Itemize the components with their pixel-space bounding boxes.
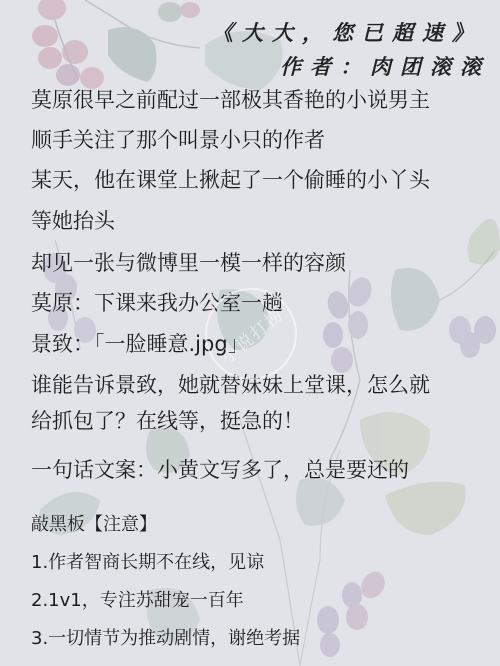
one-liner: 一句话文案：小黄文写多了，总是要还的 bbox=[31, 457, 409, 483]
title-block: 《大大，您已超速》 作者：肉团滚滚 bbox=[212, 18, 490, 82]
synopsis-line: 却见一张与微博里一模一样的容颜 bbox=[31, 250, 346, 276]
notice-item: 2.1v1，专注苏甜宠一百年 bbox=[31, 588, 244, 614]
synopsis-line: 等她抬头 bbox=[31, 208, 115, 234]
synopsis-line: 顺手关注了那个叫景小只的作者 bbox=[31, 127, 325, 153]
synopsis-line: 莫原很早之前配过一部极其香艳的小说男主 bbox=[31, 87, 430, 113]
notice-item: 3.一切情节为推动剧情，谢绝考据 bbox=[31, 626, 300, 652]
author-line: 作者：肉团滚滚 bbox=[212, 52, 490, 82]
synopsis-line: 某天，他在课堂上揪起了一个偷睡的小丫头 bbox=[31, 167, 430, 193]
book-title: 《大大，您已超速》 bbox=[212, 18, 482, 48]
notice-heading: 敲黑板【注意】 bbox=[31, 512, 157, 538]
synopsis-line: 给抓包了？在线等，挺急的！ bbox=[31, 408, 304, 434]
notice-item: 1.作者智商长期不在线，见谅 bbox=[31, 550, 264, 576]
